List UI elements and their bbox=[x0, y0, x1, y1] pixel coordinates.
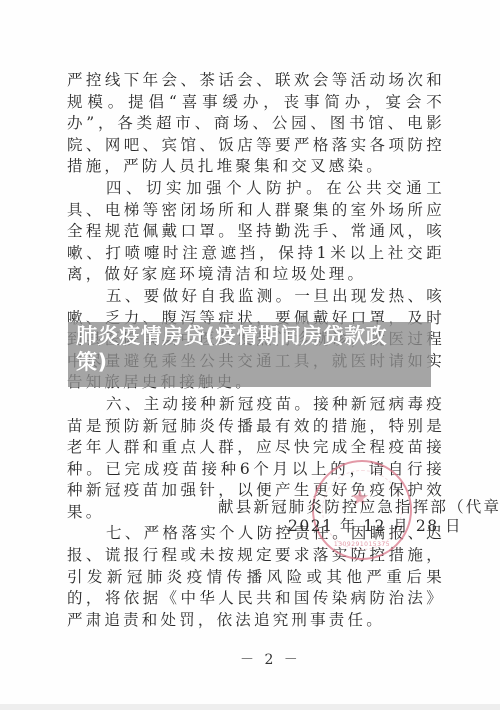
overlay-title: 肺炎疫情房贷(疫情期间房贷款政策) bbox=[76, 323, 406, 375]
issuer-signature: 献县新冠肺炎防控应急指挥部（代章） bbox=[218, 497, 500, 517]
paragraph-1: 严控线下年会、茶话会、联欢会等活动场次和规模。提倡“喜事缓办，丧事简办，宴会不办… bbox=[67, 70, 445, 178]
seal-code: 1309291015375 bbox=[332, 541, 392, 548]
page-number: － 2 － bbox=[240, 649, 301, 669]
bottom-edge bbox=[0, 704, 500, 710]
paragraph-4-personal-protection: 四、切实加强个人防护。在公共交通工具、电梯等密闭场所和人群聚集的室外场所应全程规… bbox=[67, 178, 445, 286]
issue-date: 2021 年 12 月 28 日 bbox=[288, 516, 462, 536]
